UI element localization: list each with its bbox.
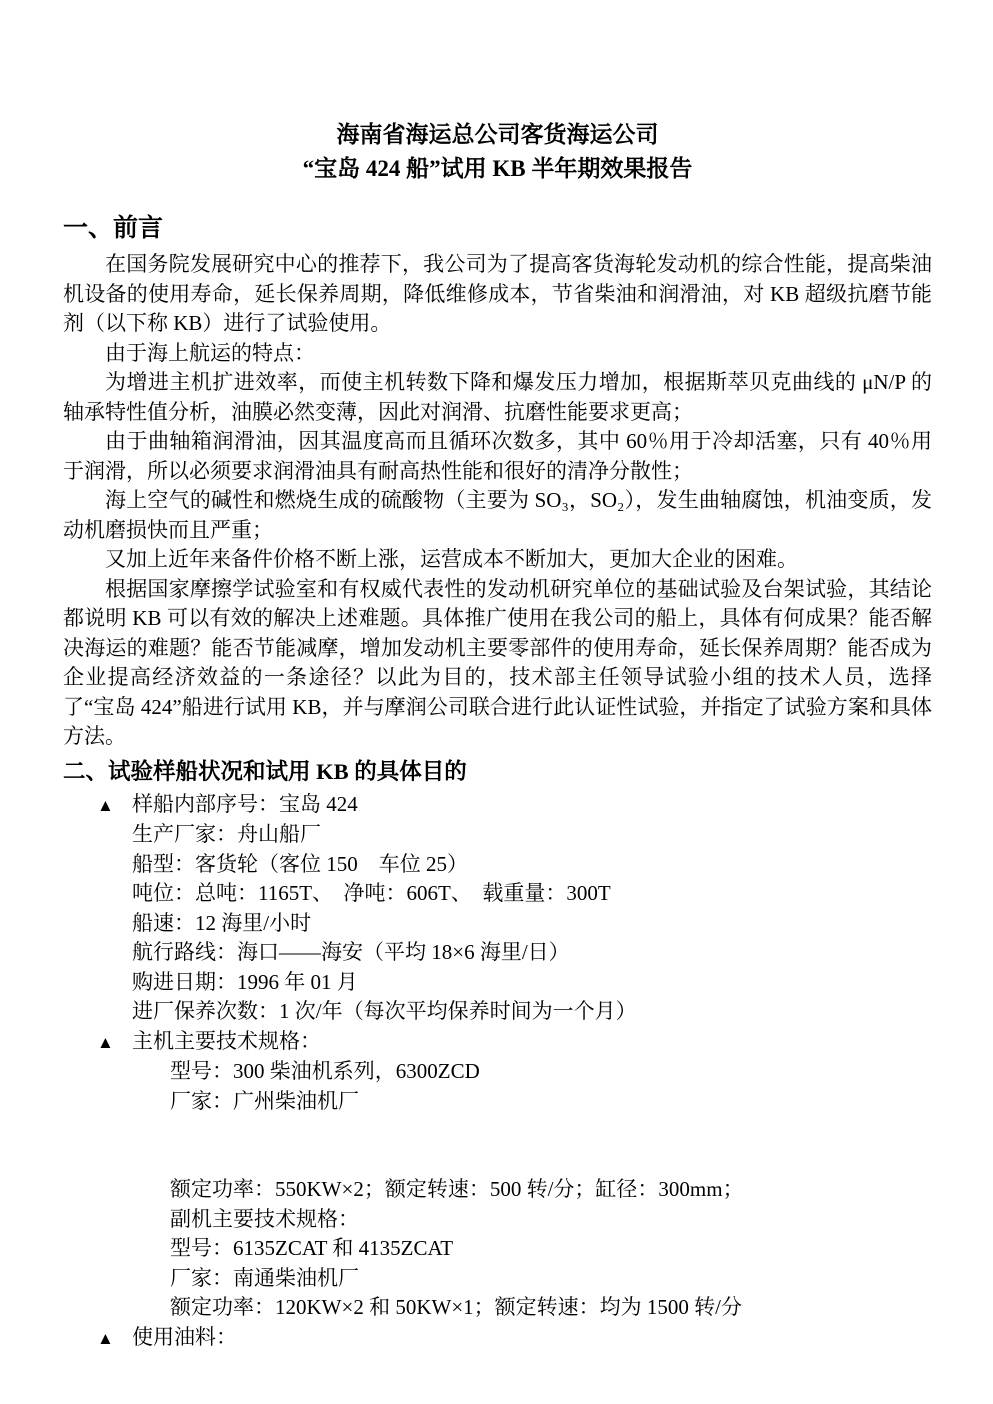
list-item-maintenance: 进厂保养次数：1 次/年（每次平均保养时间为一个月）	[63, 997, 932, 1027]
list-item-main-engine-specs: ▲ 主机主要技术规格：	[63, 1027, 932, 1058]
document-title-line-1: 海南省海运总公司客货海运公司	[63, 118, 932, 152]
triangle-bullet-icon: ▲	[97, 791, 132, 821]
list-item-text: 主机主要技术规格：	[132, 1027, 932, 1057]
paragraph: 海上空气的碱性和燃烧生成的硫酸物（主要为 SO₃，SO₂），发生曲轴腐蚀，机油变…	[63, 486, 932, 545]
paragraph: 根据国家摩擦学试验室和有权威代表性的发动机研究单位的基础试验及台架试验，其结论都…	[63, 575, 932, 752]
list-item-aux-engine-maker: 厂家：南通柴油机厂	[63, 1264, 932, 1294]
list-item-ship-serial: ▲ 样船内部序号：宝岛 424	[63, 790, 932, 821]
document-title-block: 海南省海运总公司客货海运公司 “宝岛 424 船”试用 KB 半年期效果报告	[63, 118, 932, 186]
list-item-oil-used: ▲ 使用油料：	[63, 1323, 932, 1354]
list-item-aux-engine-specs: 副机主要技术规格：	[63, 1205, 932, 1235]
paragraph: 在国务院发展研究中心的推荐下，我公司为了提高客货海轮发动机的综合性能，提高柴油机…	[63, 250, 932, 339]
paragraph: 为增进主机扩进效率，而使主机转数下降和爆发压力增加，根据斯萃贝克曲线的 μN/P…	[63, 368, 932, 427]
list-item-route: 航行路线：海口——海安（平均 18×6 海里/日）	[63, 938, 932, 968]
document-title-line-2: “宝岛 424 船”试用 KB 半年期效果报告	[63, 152, 932, 186]
list-item-speed: 船速：12 海里/小时	[63, 909, 932, 939]
section-1-heading: 一、前言	[63, 211, 932, 247]
paragraph: 由于曲轴箱润滑油，因其温度高而且循环次数多，其中 60％用于冷却活塞，只有 40…	[63, 427, 932, 486]
list-item-rated-power-aux: 额定功率：120KW×2 和 50KW×1；额定转速：均为 1500 转/分	[63, 1293, 932, 1323]
paragraph: 由于海上航运的特点：	[63, 339, 932, 369]
list-item-tonnage: 吨位：总吨：1165T、 净吨：606T、 载重量：300T	[63, 879, 932, 909]
list-item-manufacturer: 生产厂家：舟山船厂	[63, 820, 932, 850]
document-page: 海南省海运总公司客货海运公司 “宝岛 424 船”试用 KB 半年期效果报告 一…	[0, 0, 993, 1404]
triangle-bullet-icon: ▲	[97, 1324, 132, 1354]
list-item-engine-maker: 厂家：广州柴油机厂	[63, 1087, 932, 1117]
list-item-text: 样船内部序号：宝岛 424	[132, 790, 932, 820]
list-item-rated-power-main: 额定功率：550KW×2；额定转速：500 转/分；缸径：300mm；	[63, 1175, 932, 1205]
list-item-ship-type: 船型：客货轮（客位 150 车位 25）	[63, 850, 932, 880]
paragraph: 又加上近年来备件价格不断上涨，运营成本不断加大，更加大企业的困难。	[63, 545, 932, 575]
list-item-engine-model: 型号：300 柴油机系列，6300ZCD	[63, 1057, 932, 1087]
section-2-heading: 二、试验样船状况和试用 KB 的具体目的	[63, 755, 932, 788]
list-item-purchase-date: 购进日期：1996 年 01 月	[63, 968, 932, 998]
triangle-bullet-icon: ▲	[97, 1028, 132, 1058]
blank-space	[63, 1116, 932, 1175]
list-item-aux-engine-model: 型号：6135ZCAT 和 4135ZCAT	[63, 1234, 932, 1264]
list-item-text: 使用油料：	[132, 1323, 932, 1353]
